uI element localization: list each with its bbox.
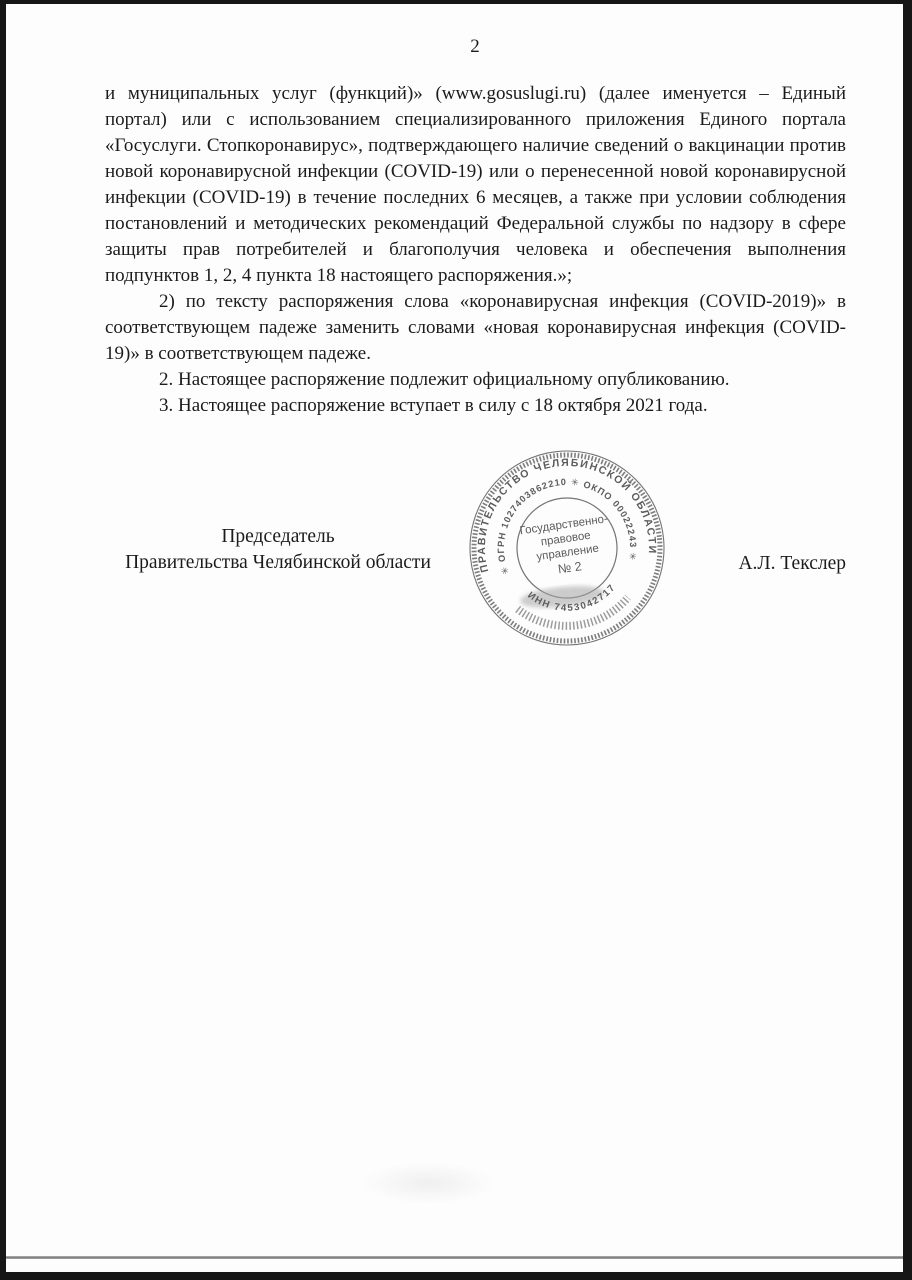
stamp-center-text: Государственно- правовое управление № 2: [519, 513, 615, 581]
body-paragraph: 3. Настоящее распоряжение вступает в сил…: [105, 393, 846, 419]
round-seal-stamp-icon: ПРАВИТЕЛЬСТВО ЧЕЛЯБИНСКОЙ ОБЛАСТИ ✳ ОГРН…: [457, 438, 677, 658]
body-paragraph: 2) по тексту распоряжения слова «коронав…: [105, 289, 846, 367]
page-number: 2: [105, 36, 845, 58]
scan-frame: 2 и муниципальных услуг (функций)» (www.…: [0, 0, 912, 1280]
signature-title-line2: Правительства Челябинской области: [105, 550, 451, 576]
svg-text:№ 2: № 2: [557, 559, 583, 576]
scan-artifact: [361, 1162, 496, 1204]
body-paragraph: 2. Настоящее распоряжение подлежит офици…: [105, 367, 846, 393]
signature-title-line1: Председатель: [105, 524, 451, 550]
body-paragraph: и муниципальных услуг (функций)» (www.go…: [105, 81, 846, 289]
signature-title: Председатель Правительства Челябинской о…: [105, 524, 451, 576]
document-page: 2 и муниципальных услуг (функций)» (www.…: [6, 4, 903, 1272]
signature-name: А.Л. Текслер: [738, 551, 846, 577]
document-body: и муниципальных услуг (функций)» (www.go…: [105, 81, 846, 419]
scan-divider-line: [6, 1256, 903, 1259]
